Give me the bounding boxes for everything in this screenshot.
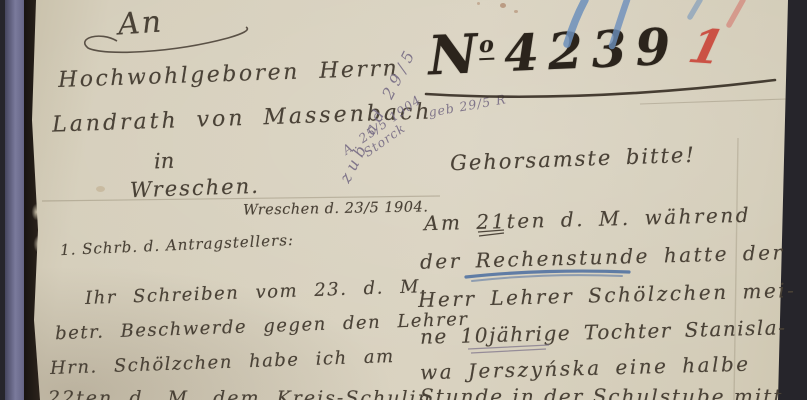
ink-stain xyxy=(500,3,506,8)
right-partial-line: Stunde in der Schulstube mittelst xyxy=(420,386,782,400)
scanned-letter-page: An Hochwohlgeboren Herrn Landrath von Ma… xyxy=(0,0,807,400)
right-partial-text: Stunde in der Schulstube mittelst xyxy=(420,386,782,400)
registry-number: No4239 xyxy=(427,13,681,88)
address-line-in: in xyxy=(154,149,175,174)
address-salutation: An xyxy=(117,4,164,42)
address-line-town: Wreschen. xyxy=(130,174,261,203)
dateline: Wreschen d. 23/5 1904. xyxy=(243,199,429,218)
ink-stain xyxy=(477,2,480,5)
registry-number-digits: 4239 xyxy=(503,17,681,84)
ink-stain xyxy=(514,10,518,13)
left-partial-line: 22ten d. M. dem Kreis-Schulinspektor xyxy=(48,389,433,400)
registry-number-n: N xyxy=(427,21,479,87)
registry-number-superscript: o xyxy=(479,32,495,61)
paper-stain xyxy=(96,186,105,192)
left-partial-text: 22ten d. M. dem Kreis-Schulinspektor xyxy=(48,389,433,400)
